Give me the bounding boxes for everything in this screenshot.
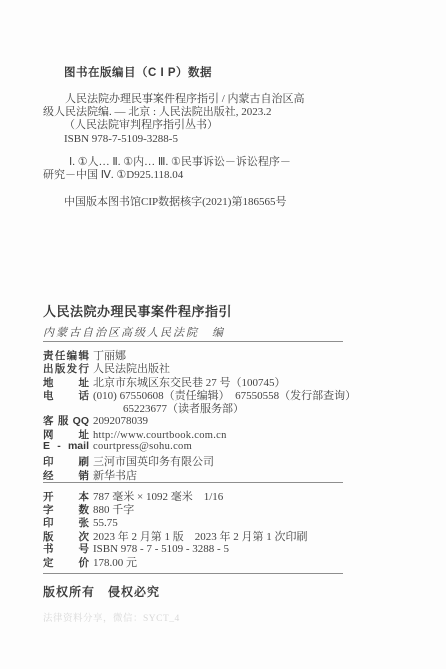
- watermark-text: 法律资料分享，微信：SYCT_4: [43, 610, 180, 624]
- format-row-sheets: 印 张 55.75: [43, 515, 423, 528]
- cip-core-number: 中国版本图书馆CIP数据核字(2021)第186565号: [64, 193, 286, 209]
- cip-record-line: 人民法院办理民事案件程序指引 / 内蒙古自治区高: [43, 93, 393, 106]
- format-value: 178.00 元: [93, 554, 137, 570]
- cip-heading: 图书在版编目（C I P）数据: [64, 64, 212, 80]
- pub-row-publisher: 出版发行 人民法院出版社: [43, 360, 423, 373]
- format-row-wordcount: 字 数 880 千字: [43, 501, 423, 514]
- format-value: 55.75: [93, 517, 118, 529]
- pub-value-email: courtpress@sohu.com: [93, 441, 192, 452]
- divider-bottom: [43, 573, 343, 574]
- pub-value: 65223677（读者服务部）: [93, 400, 244, 416]
- pub-row-phone: 电 话 (010) 67550608（责任编辑） 67550558（发行部查询）: [43, 387, 423, 400]
- format-row-size: 开 本 787 毫米 × 1092 毫米 1/16: [43, 488, 423, 501]
- publication-info-list: 责任编辑 丁丽娜 出版发行 人民法院出版社 地 址 北京市东城区东交民巷 27 …: [43, 347, 423, 480]
- pub-value: 新华书店: [93, 467, 137, 483]
- format-value: ISBN 978 - 7 - 5109 - 3288 - 5: [93, 543, 229, 555]
- cip-isbn-line: ISBN 978-7-5109-3288-5: [43, 133, 393, 146]
- format-row-edition: 版 次 2023 年 2 月第 1 版 2023 年 2 月第 1 次印刷: [43, 528, 423, 541]
- pub-row-phone-cont: 65223677（读者服务部）: [43, 400, 423, 413]
- pub-label: 电 话: [43, 388, 89, 403]
- book-title: 人民法院办理民事案件程序指引: [43, 301, 232, 320]
- pub-row-editor: 责任编辑 丁丽娜: [43, 347, 423, 360]
- pub-value: 2092078039: [93, 415, 148, 427]
- format-label: 印 张: [43, 515, 89, 530]
- cip-classification-line: 研究－中国 Ⅳ. ①D925.118.04: [43, 169, 393, 182]
- format-value: 880 千字: [93, 501, 134, 517]
- divider-middle: [43, 482, 343, 483]
- book-author: 内蒙古自治区高级人民法院 编: [43, 324, 225, 340]
- divider-top: [43, 341, 343, 342]
- cip-classification-line: Ⅰ. ①人… Ⅱ. ①内… Ⅲ. ①民事诉讼－诉讼程序－: [43, 156, 393, 169]
- format-label: 书 号: [43, 541, 89, 556]
- pub-value-url: http://www.courtbook.com.cn: [93, 430, 227, 441]
- format-label: 定 价: [43, 555, 89, 570]
- cip-record-line: 级人民法院编. — 北京 : 人民法院出版社, 2023.2: [43, 106, 393, 119]
- pub-row-website: 网 址 http://www.courtbook.com.cn: [43, 427, 423, 440]
- cip-classification-paragraph: Ⅰ. ①人… Ⅱ. ①内… Ⅲ. ①民事诉讼－诉讼程序－ 研究－中国 Ⅳ. ①D…: [43, 156, 393, 182]
- pub-label: 经 销: [43, 468, 89, 483]
- pub-row-email: E - mail courtpress@sohu.com: [43, 440, 423, 453]
- copyright-notice: 版权所有 侵权必究: [43, 583, 160, 600]
- pub-row-printer: 印 刷 三河市国英印务有限公司: [43, 453, 423, 466]
- pub-row-distributor: 经 销 新华书店: [43, 467, 423, 480]
- pub-row-address: 地 址 北京市东城区东交民巷 27 号（100745）: [43, 374, 423, 387]
- format-value: 2023 年 2 月第 1 版 2023 年 2 月第 1 次印刷: [93, 528, 308, 544]
- format-info-list: 开 本 787 毫米 × 1092 毫米 1/16 字 数 880 千字 印 张…: [43, 488, 423, 568]
- cip-record-paragraph: 人民法院办理民事案件程序指引 / 内蒙古自治区高 级人民法院编. — 北京 : …: [43, 93, 393, 146]
- pub-label: E - mail: [43, 440, 89, 452]
- format-row-price: 定 价 178.00 元: [43, 554, 423, 567]
- cip-series-line: （人民法院审判程序指引丛书）: [43, 119, 393, 132]
- copyright-page: 图书在版编目（C I P）数据 人民法院办理民事案件程序指引 / 内蒙古自治区高…: [0, 0, 446, 669]
